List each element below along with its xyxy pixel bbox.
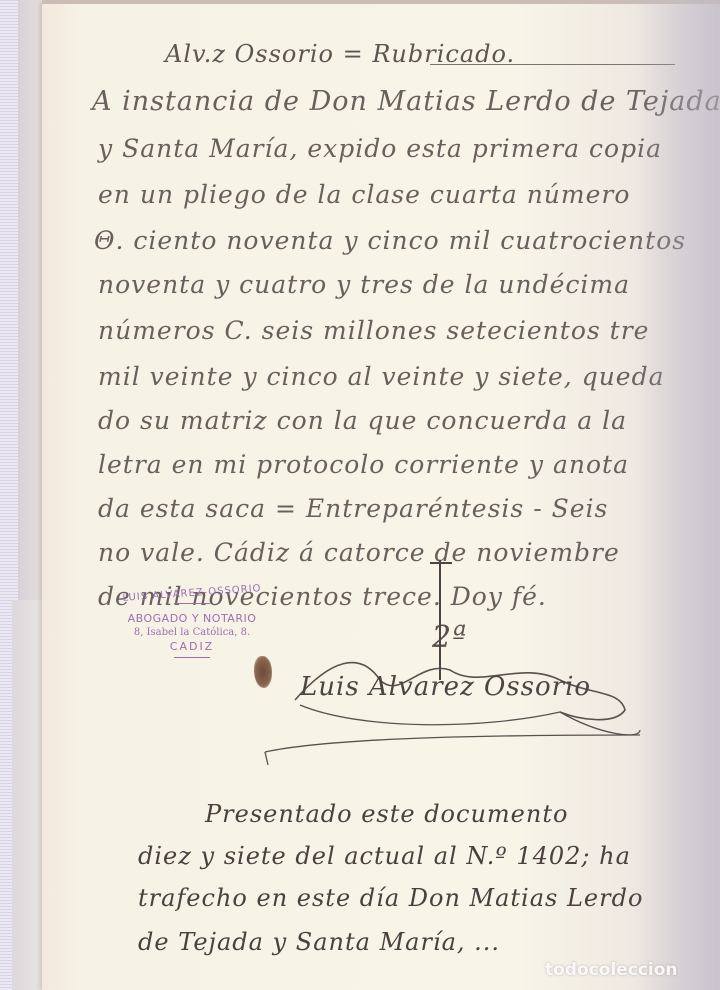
notary-signature: Luis Alvarez Ossorio — [300, 672, 591, 702]
second-entry-line-2: diez y siete del actual al N.º 1402; ha — [138, 842, 631, 870]
second-entry-line-1: Presentado este documento — [205, 800, 568, 828]
watermark: todocoleccion — [545, 960, 678, 980]
page-curve-shadow — [630, 0, 720, 990]
second-entry-line-4: de Tejada y Santa María, ... — [138, 928, 500, 956]
second-entry-line-3: trafecho en este día Don Matias Lerdo — [138, 884, 643, 912]
